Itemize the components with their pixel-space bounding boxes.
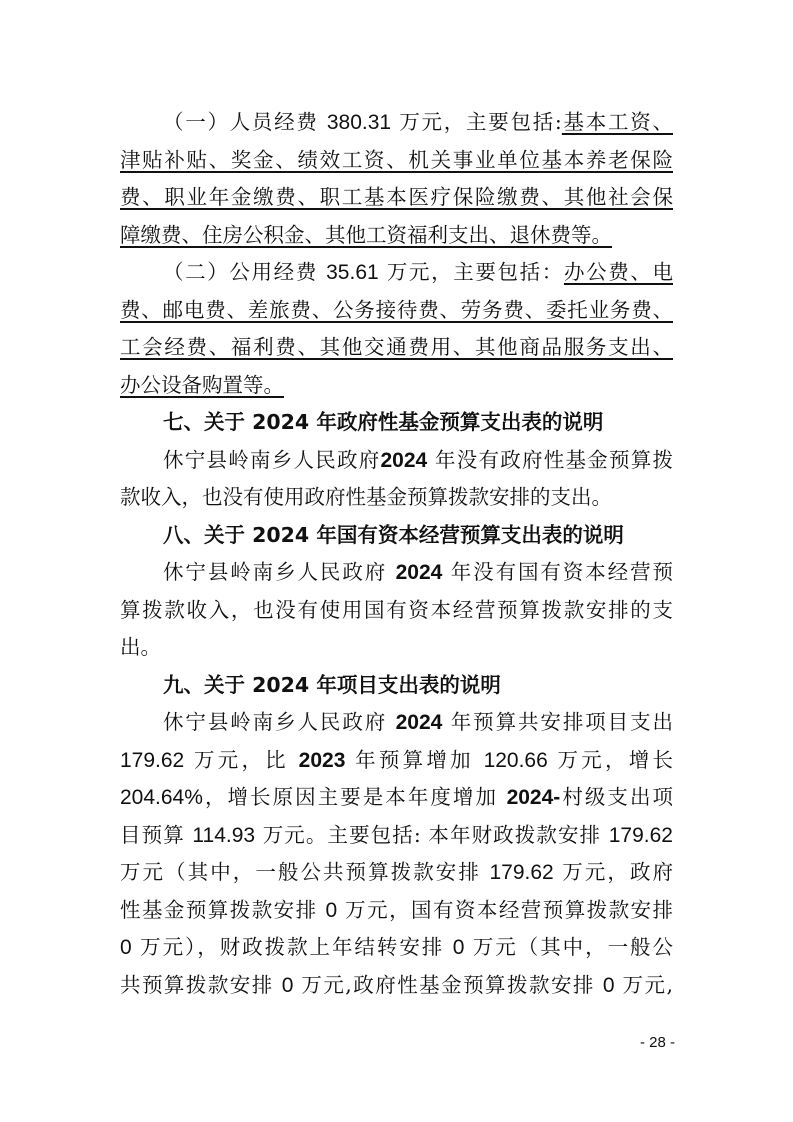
heading-7-suffix: 年政府性基金预算支出表的说明 [309,410,603,434]
state-capital-amount: 0 [120,936,132,959]
heading-8-year: 2024 [252,523,309,547]
project-line-4: 目预算 114.93 万元。主要包括: 本年财政拨款安排 179.62 [120,820,673,850]
text: 万元（其中，一般公 [464,935,673,959]
personnel-expense-line-4: 障缴费、住房公积金、其他工资福利支出、退休费等。 [120,220,673,250]
heading-government-fund: 七、关于 2024 年政府性基金预算支出表的说明 [163,407,603,437]
entity-name: 休宁县岭南乡人民政府 [163,710,396,734]
project-line-7: 0 万元），财政拨款上年结转安排 0 万元（其中，一般公 [120,932,673,962]
public-expense-line-3: 工会经费、福利费、其他交通费用、其他商品服务支出、 [120,332,673,362]
project-line-2: 179.62 万元，比 2023 年预算增加 120.66 万元，增长 [120,745,673,775]
heading-8-suffix: 年国有资本经营预算支出表的说明 [309,523,624,547]
personnel-intro: 万元，主要包括: [391,110,562,134]
carryover-amount: 0 [453,936,465,959]
text: 共预算拨款安排 [120,973,282,997]
heading-project-expenditure: 九、关于 2024 年项目支出表的说明 [163,670,501,700]
general-budget-amount: 179.62 [489,861,553,884]
project-line-6: 性基金预算拨款安排 0 万元，国有资本经营预算拨款安排 [120,895,673,925]
personnel-items-underlined: 基本工资、 [562,110,673,134]
heading-7-year: 2024 [252,410,309,434]
heading-7-prefix: 七、关于 [163,410,252,434]
text: 万元，比 [184,748,298,772]
entity-name: 休宁县岭南乡人民政府 [163,448,381,472]
prior-year: 2023 [299,749,346,772]
text: 万元，增长 [548,748,673,772]
public-items-end: 办公设备购置等。 [120,373,284,397]
state-capital-line-2: 算拨款收入，也没有使用国有资本经营预算拨款安排的支 [120,595,673,625]
text: 村级支出项 [560,785,673,809]
text: 目预算 [120,823,192,847]
public-expense-line-2: 费、邮电费、差旅费、公务接待费、劳务费、委托业务费、 [120,295,673,325]
heading-9-prefix: 九、关于 [163,673,252,697]
personnel-label: （一）人员经费 [163,110,327,134]
text: ，增长原因主要是本年度增加 [203,785,507,809]
personnel-expense-line-2: 津贴补贴、奖金、绩效工资、机关事业单位基本养老保险 [120,145,673,175]
year: 2024 [396,711,443,734]
text: 万元，国有资本经营预算拨款安排 [337,898,673,922]
text: 万元。主要包括: 本年财政拨款安排 [255,823,609,847]
public-intro: 万元，主要包括： [379,260,564,284]
text: 年没有政府性基金预算拨 [427,448,673,472]
public-label: （二）公用经费 [163,260,326,284]
project-line-8: 共预算拨款安排 0 万元,政府性基金预算拨款安排 0 万元, [120,970,673,1000]
personnel-items-end: 障缴费、住房公积金、其他工资福利支出、退休费等。 [120,223,612,247]
fiscal-allocation-amount: 179.62 [609,824,673,847]
public-expense-line-4: 办公设备购置等。 [120,370,673,400]
public-expense-line-1: （二）公用经费 35.61 万元，主要包括：办公费、电 [163,257,673,287]
document-page: （一）人员经费 380.31 万元，主要包括:基本工资、 津贴补贴、奖金、绩效工… [0,0,793,1122]
state-capital-line-3: 出。 [120,632,673,662]
heading-state-capital: 八、关于 2024 年国有资本经营预算支出表的说明 [163,520,624,550]
state-capital-line-1: 休宁县岭南乡人民政府 2024 年没有国有资本经营预 [163,557,673,587]
year: 2024 [396,561,443,584]
public-amount: 35.61 [326,261,379,284]
government-fund-line-2: 款收入，也没有使用政府性基金预算拨款安排的支出。 [120,482,673,512]
personnel-amount: 380.31 [327,111,391,134]
project-line-3: 204.64%，增长原因主要是本年度增加 2024-村级支出项 [120,782,673,812]
growth-rate: 204.64% [120,786,203,809]
increase-amount: 120.66 [484,749,548,772]
project-total-amount: 179.62 [120,749,184,772]
text: 年预算共安排项目支出 [442,710,673,734]
page-number: - 28 - [640,1034,675,1051]
heading-9-suffix: 年项目支出表的说明 [309,673,501,697]
heading-9-year: 2024 [252,673,309,697]
village-project-amount: 114.93 [192,824,255,847]
project-line-5: 万元（其中，一般公共预算拨款安排 179.62 万元，政府 [120,857,673,887]
fund-budget-amount: 0 [326,899,338,922]
heading-8-prefix: 八、关于 [163,523,252,547]
text: 万元），财政拨款上年结转安排 [132,935,453,959]
text: 性基金预算拨款安排 [120,898,326,922]
project-line-1: 休宁县岭南乡人民政府 2024 年预算共安排项目支出 [163,707,673,737]
year: 2024 [381,449,428,472]
government-fund-line-1: 休宁县岭南乡人民政府2024 年没有政府性基金预算拨 [163,445,673,475]
project-year: 2024- [507,786,561,809]
text: 年没有国有资本经营预 [442,560,673,584]
personnel-expense-line-3: 费、职业年金缴费、职工基本医疗保险缴费、其他社会保 [120,182,673,212]
carryover-fund-amount: 0 [603,974,615,997]
text: 万元（其中，一般公共预算拨款安排 [120,860,489,884]
carryover-general-amount: 0 [282,974,294,997]
personnel-expense-line-1: （一）人员经费 380.31 万元，主要包括:基本工资、 [163,107,673,137]
text: 年预算增加 [345,748,483,772]
entity-name: 休宁县岭南乡人民政府 [163,560,396,584]
text: 万元，政府 [554,860,673,884]
text: 万元,政府性基金预算拨款安排 [293,973,602,997]
text: 万元, [615,973,673,997]
public-items-underlined: 办公费、电 [564,260,673,284]
